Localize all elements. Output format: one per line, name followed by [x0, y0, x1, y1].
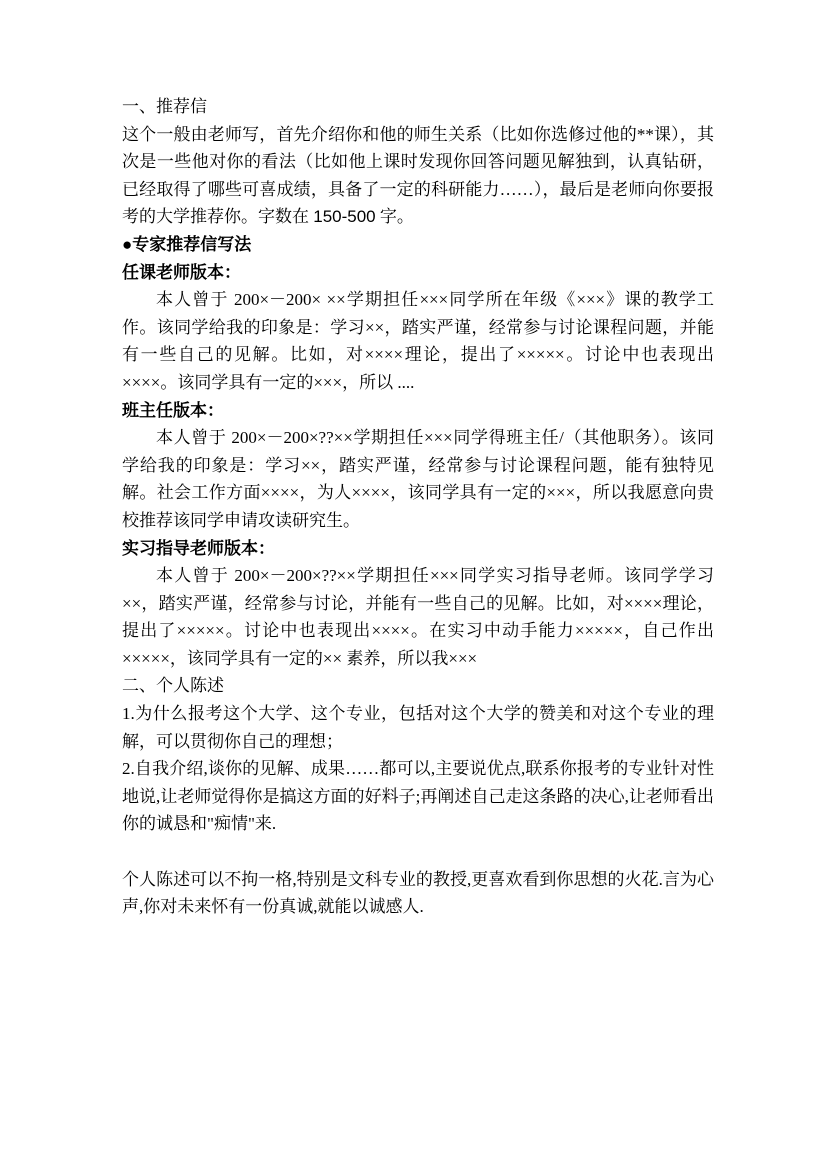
- expert-guide-heading: ●专家推荐信写法: [122, 231, 714, 259]
- internship-teacher-version-body: 本人曾于 200×－200×??××学期担任×××同学实习指导老师。该同学学习×…: [122, 562, 714, 672]
- document-content: 一、推荐信这个一般由老师写，首先介绍你和他的师生关系（比如你选修过他的**课），…: [122, 93, 714, 921]
- recommendation-letter-intro: 这个一般由老师写，首先介绍你和他的师生关系（比如你选修过他的**课），其次是一些…: [122, 121, 714, 231]
- class-advisor-version-heading-text: 班主任版本：: [122, 401, 224, 420]
- recommendation-letter-intro-text: 这个一般由老师写，首先介绍你和他的师生关系（比如你选修过他的**课），其次是一些…: [122, 125, 714, 227]
- internship-teacher-version-heading-text: 实习指导老师版本：: [122, 539, 275, 558]
- recommendation-letter-intro-text: 字。: [376, 207, 414, 226]
- course-teacher-version-body: 本人曾于 200×－200× ××学期担任×××同学所在年级《×××》课的教学工…: [122, 286, 714, 396]
- internship-teacher-version-heading: 实习指导老师版本：: [122, 535, 714, 563]
- class-advisor-version-body: 本人曾于 200×－200×??××学期担任×××同学得班主任/（其他职务）。该…: [122, 424, 714, 534]
- section-1-heading: 一、推荐信: [122, 93, 714, 121]
- class-advisor-version-heading: 班主任版本：: [122, 397, 714, 425]
- personal-statement-note-text: 个人陈述可以不拘一格,特别是文科专业的教授,更喜欢看到你思想的火花.言为心声,你…: [122, 870, 714, 917]
- course-teacher-version-heading-text: 任课老师版本：: [122, 263, 241, 282]
- section-1-heading-text: 一、推荐信: [122, 97, 207, 116]
- course-teacher-version-body-text: 本人曾于 200×－200× ××学期担任×××同学所在年级《×××》课的教学工…: [122, 290, 714, 392]
- section-2-heading: 二、个人陈述: [122, 672, 714, 700]
- blank-line: [122, 838, 714, 866]
- personal-statement-point-1: 1.为什么报考这个大学、这个专业，包括对这个大学的赞美和对这个专业的理解，可以贯…: [122, 700, 714, 755]
- expert-guide-heading-text: ●专家推荐信写法: [122, 235, 251, 254]
- section-2-heading-text: 二、个人陈述: [122, 676, 224, 695]
- course-teacher-version-heading: 任课老师版本：: [122, 259, 714, 287]
- personal-statement-point-1-text: 1.为什么报考这个大学、这个专业，包括对这个大学的赞美和对这个专业的理解，可以贯…: [122, 704, 714, 751]
- personal-statement-note: 个人陈述可以不拘一格,特别是文科专业的教授,更喜欢看到你思想的火花.言为心声,你…: [122, 866, 714, 921]
- internship-teacher-version-body-text: 本人曾于 200×－200×??××学期担任×××同学实习指导老师。该同学学习×…: [122, 566, 714, 668]
- document-page: 一、推荐信这个一般由老师写，首先介绍你和他的师生关系（比如你选修过他的**课），…: [0, 0, 827, 1169]
- personal-statement-point-2: 2.自我介绍,谈你的见解、成果……都可以,主要说优点,联系你报考的专业针对性地说…: [122, 755, 714, 838]
- personal-statement-point-2-text: 2.自我介绍,谈你的见解、成果……都可以,主要说优点,联系你报考的专业针对性地说…: [122, 759, 714, 833]
- recommendation-letter-intro-text: 150-500: [313, 207, 375, 226]
- class-advisor-version-body-text: 本人曾于 200×－200×??××学期担任×××同学得班主任/（其他职务）。该…: [122, 428, 714, 530]
